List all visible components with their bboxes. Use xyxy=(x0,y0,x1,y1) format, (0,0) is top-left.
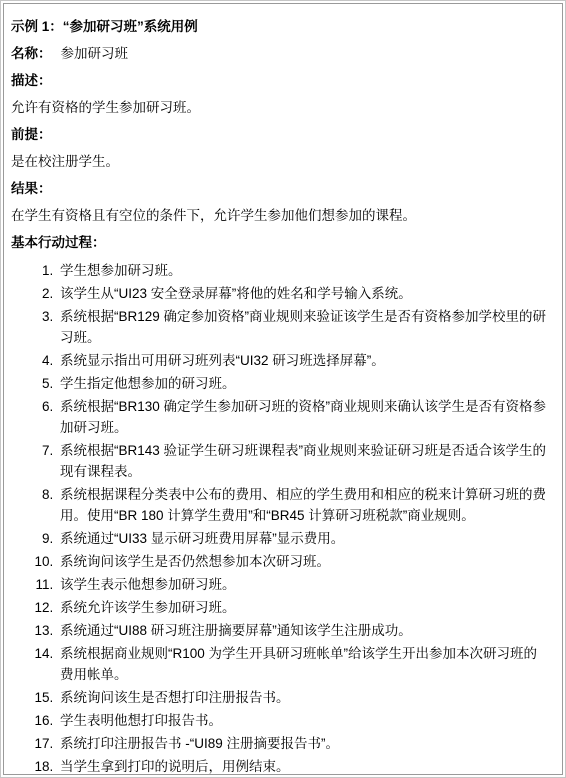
step-item: 该学生从“UI23 安全登录屏幕”将他的姓名和学号输入系统。 xyxy=(57,283,548,304)
step-item: 系统根据“BR143 验证学生研习班课程表”商业规则来验证研习班是否适合该学生的… xyxy=(57,440,548,482)
step-item: 系统根据课程分类表中公布的费用、相应的学生费用和相应的税来计算研习班的费用。使用… xyxy=(57,484,548,526)
step-item: 系统通过“UI33 显示研习班费用屏幕”显示费用。 xyxy=(57,528,548,549)
page-title: 示例 1：“参加研习班”系统用例 xyxy=(11,17,548,37)
name-value: 参加研习班 xyxy=(61,46,129,61)
step-item: 学生指定他想参加的研习班。 xyxy=(57,373,548,394)
description-label: 描述： xyxy=(11,71,548,91)
use-case-document: 示例 1：“参加研习班”系统用例 名称：参加研习班 描述： 允许有资格的学生参加… xyxy=(0,0,566,778)
step-item: 系统显示指出可用研习班列表“UI32 研习班选择屏幕”。 xyxy=(57,350,548,371)
step-item: 系统允许该学生参加研习班。 xyxy=(57,597,548,618)
step-item: 学生表明他想打印报告书。 xyxy=(57,710,548,731)
precondition-label: 前提： xyxy=(11,125,548,145)
step-item: 系统询问该生是否想打印注册报告书。 xyxy=(57,687,548,708)
step-item: 系统根据商业规则“R100 为学生开具研习班帐单”给该学生开出参加本次研习班的费… xyxy=(57,643,548,685)
step-item: 系统根据“BR130 确定学生参加研习班的资格”商业规则来确认该学生是否有资格参… xyxy=(57,396,548,438)
step-item: 系统根据“BR129 确定参加资格”商业规则来验证该学生是否有资格参加学校里的研… xyxy=(57,306,548,348)
basic-flow-label: 基本行动过程： xyxy=(11,233,548,253)
step-item: 当学生拿到打印的说明后，用例结束。 xyxy=(57,756,548,775)
description-body: 允许有资格的学生参加研习班。 xyxy=(11,98,548,118)
step-item: 系统询问该学生是否仍然想参加本次研习班。 xyxy=(57,551,548,572)
step-item: 学生想参加研习班。 xyxy=(57,260,548,281)
document-frame: 示例 1：“参加研习班”系统用例 名称：参加研习班 描述： 允许有资格的学生参加… xyxy=(3,3,563,775)
result-label: 结果： xyxy=(11,179,548,199)
step-item: 系统打印注册报告书 -“UI89 注册摘要报告书”。 xyxy=(57,733,548,754)
step-item: 该学生表示他想参加研习班。 xyxy=(57,574,548,595)
step-item: 系统通过“UI88 研习班注册摘要屏幕”通知该学生注册成功。 xyxy=(57,620,548,641)
precondition-body: 是在校注册学生。 xyxy=(11,152,548,172)
name-field: 名称：参加研习班 xyxy=(11,44,548,64)
result-body: 在学生有资格且有空位的条件下，允许学生参加他们想参加的课程。 xyxy=(11,206,548,226)
name-label: 名称： xyxy=(11,46,52,61)
basic-flow-steps: 学生想参加研习班。 该学生从“UI23 安全登录屏幕”将他的姓名和学号输入系统。… xyxy=(11,260,548,775)
